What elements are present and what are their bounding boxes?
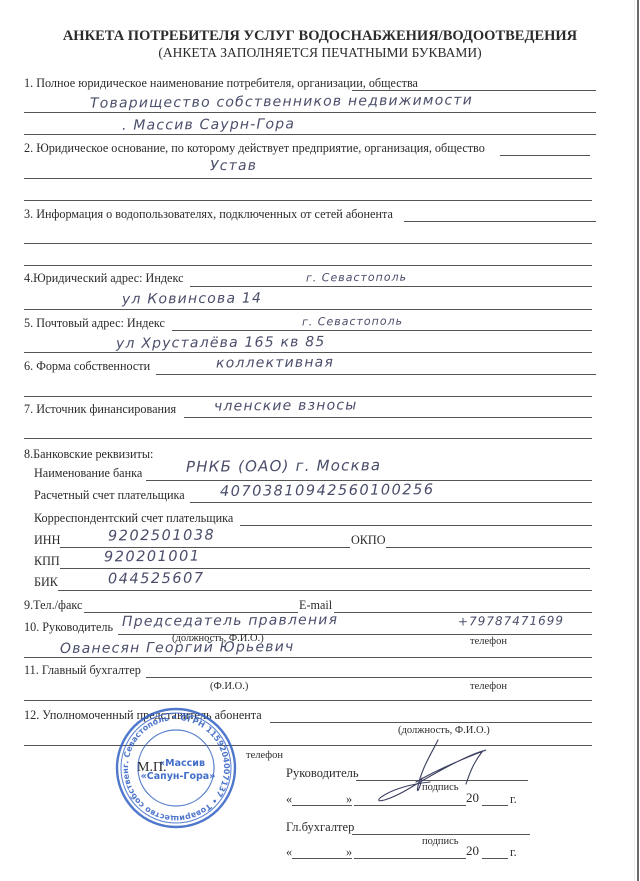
- accountant-date-open: «: [286, 845, 292, 859]
- director-signature-label: Руководитель: [286, 766, 359, 780]
- field-2-line[interactable]: [500, 155, 590, 156]
- field-2-value: Устав: [210, 158, 257, 174]
- representative-line[interactable]: [270, 722, 592, 723]
- field-4-city: г. Севастополь: [306, 270, 407, 287]
- field-7-line-2[interactable]: [24, 438, 592, 439]
- scan-edge: [637, 0, 639, 881]
- field-5-line[interactable]: [172, 330, 592, 331]
- field-2-label: 2. Юридическое основание, по которому де…: [24, 141, 485, 155]
- director-date-close: »: [346, 792, 352, 806]
- representative-phone-hint: телефон: [246, 750, 283, 762]
- accountant-signature-label: Гл.бухгалтер: [286, 820, 354, 834]
- account-line[interactable]: [190, 502, 592, 503]
- field-1-value-line2: . Массив Саурн-Гора: [122, 116, 295, 134]
- phone-fax-label: 9.Тел./факс: [24, 598, 82, 612]
- accountant-date-year-line[interactable]: [482, 858, 508, 859]
- field-3-line-2[interactable]: [24, 243, 592, 244]
- field-4-label: 4.Юридический адрес: Индекс: [24, 271, 184, 285]
- field-1-line[interactable]: [352, 90, 596, 91]
- bank-name-label: Наименование банка: [34, 466, 142, 480]
- okpo-label: ОКПО: [351, 533, 386, 547]
- field-5-label: 5. Почтовый адрес: Индекс: [24, 316, 165, 330]
- bik-value: 044525607: [108, 571, 205, 588]
- email-label: E-mail: [299, 598, 332, 612]
- field-3-line[interactable]: [404, 221, 596, 222]
- field-5-line-2[interactable]: [24, 352, 592, 353]
- field-2-line-2[interactable]: [24, 178, 592, 179]
- accountant-date-close: »: [346, 845, 352, 859]
- field-5-city: г. Севастополь: [302, 314, 403, 331]
- director-date-year-suffix: г.: [510, 792, 517, 806]
- director-phone-hint: телефон: [470, 636, 507, 648]
- representative-line-2[interactable]: [24, 745, 592, 746]
- field-4-street: ул Ковинсова 14: [122, 290, 262, 307]
- okpo-line[interactable]: [386, 547, 592, 548]
- accountant-date-year-prefix: 20: [466, 844, 479, 858]
- field-7-label: 7. Источник финансирования: [24, 402, 176, 416]
- chief-accountant-line[interactable]: [146, 677, 592, 678]
- field-7-value: членские взносы: [214, 397, 358, 414]
- inn-value: 9202501038: [108, 528, 215, 545]
- field-7-line[interactable]: [184, 417, 592, 418]
- bik-label: БИК: [34, 575, 58, 589]
- corr-account-line[interactable]: [240, 525, 592, 526]
- field-2-line-3[interactable]: [24, 200, 592, 201]
- accountant-signature-hint: подпись: [422, 836, 459, 848]
- field-6-line[interactable]: [156, 374, 596, 375]
- field-1-value-line1: Товарищество собственников недвижимости: [90, 92, 473, 111]
- questionnaire-page: АНКЕТА ПОТРЕБИТЕЛЯ УСЛУГ ВОДОСНАБЖЕНИЯ/В…: [0, 0, 640, 881]
- field-8-label: 8.Банковские реквизиты:: [24, 447, 153, 461]
- director-name: Ованесян Георгий Юрьевич: [60, 639, 295, 657]
- director-date-open: «: [286, 792, 292, 806]
- inn-label: ИНН: [34, 533, 60, 547]
- field-5-street: ул Хрусталёва 165 кв 85: [116, 334, 326, 352]
- field-1-line-3[interactable]: [24, 134, 596, 135]
- accountant-date-day-line[interactable]: [292, 858, 352, 859]
- chief-accountant-phone-hint: телефон: [470, 681, 507, 693]
- director-date-day-line[interactable]: [292, 805, 352, 806]
- document-title: АНКЕТА ПОТРЕБИТЕЛЯ УСЛУГ ВОДОСНАБЖЕНИЯ/В…: [0, 28, 640, 45]
- representative-name-hint: (должность, Ф.И.О.): [398, 725, 490, 737]
- chief-accountant-label: 11. Главный бухгалтер: [24, 663, 141, 677]
- chief-accountant-name-hint: (Ф.И.О.): [210, 681, 248, 693]
- director-line-2[interactable]: [24, 657, 592, 658]
- scan-edge-shadow: [634, 0, 635, 881]
- field-6-value: коллективная: [216, 354, 334, 371]
- organization-stamp: г. Севастополь • ОГРН 1159204007137 • То…: [114, 706, 238, 830]
- inn-line[interactable]: [60, 547, 350, 548]
- field-3-line-3[interactable]: [24, 265, 592, 266]
- account-label: Расчетный счет плательщика: [34, 488, 185, 502]
- field-4-line[interactable]: [190, 286, 592, 287]
- document-subtitle: (АНКЕТА ЗАПОЛНЯЕТСЯ ПЕЧАТНЫМИ БУКВАМИ): [0, 45, 640, 61]
- kpp-value: 920201001: [104, 549, 201, 566]
- accountant-signature-line[interactable]: [352, 834, 530, 835]
- bank-name-value: РНКБ (ОАО) г. Москва: [186, 457, 381, 475]
- chief-accountant-line-2[interactable]: [24, 700, 592, 701]
- field-4-line-2[interactable]: [24, 309, 592, 310]
- kpp-label: КПП: [34, 554, 60, 568]
- bank-name-line[interactable]: [146, 480, 592, 481]
- field-1-label: 1. Полное юридическое наименование потре…: [24, 76, 418, 90]
- bik-line[interactable]: [58, 590, 592, 591]
- account-value: 40703810942560100256: [220, 482, 435, 500]
- director-phone: +79787471699: [458, 613, 564, 630]
- kpp-line[interactable]: [60, 568, 590, 569]
- field-3-label: 3. Информация о водопользователях, подкл…: [24, 207, 393, 221]
- corr-account-label: Корреспондентский счет плательщика: [34, 511, 233, 525]
- accountant-date-month-line[interactable]: [354, 858, 466, 859]
- director-position: Председатель правления: [122, 612, 338, 630]
- field-1-line-2[interactable]: [24, 112, 596, 113]
- director-label: 10. Руководитель: [24, 620, 113, 634]
- accountant-date-year-suffix: г.: [510, 845, 517, 859]
- seal-place-label: М.П.: [137, 760, 167, 776]
- field-6-label: 6. Форма собственности: [24, 359, 150, 373]
- director-signature-scribble: [370, 738, 490, 818]
